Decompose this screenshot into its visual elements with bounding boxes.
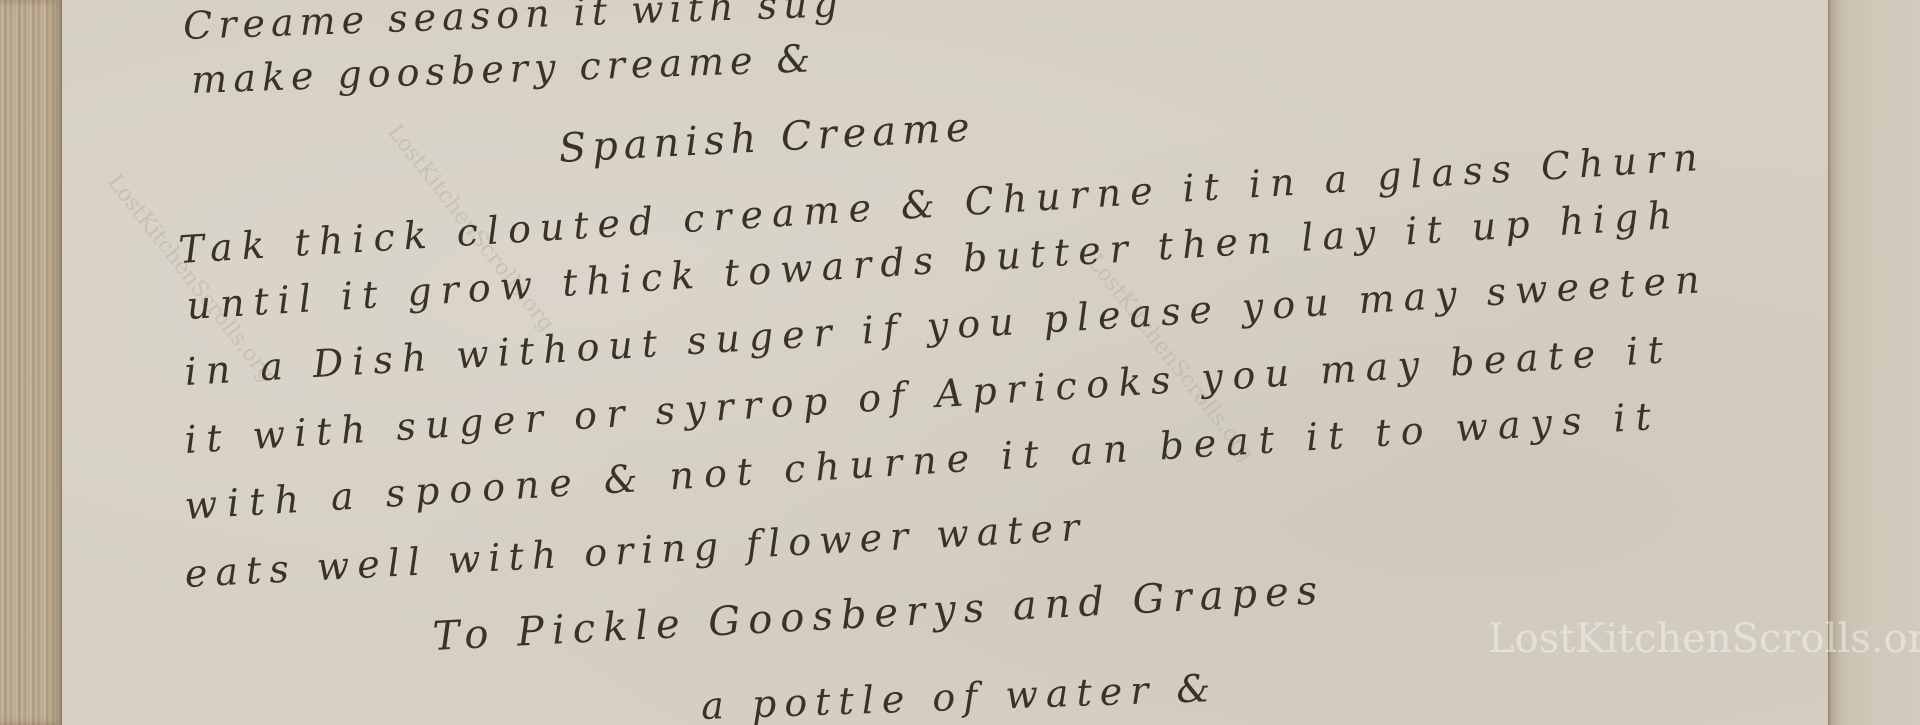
recipe-title: Spanish Creame xyxy=(558,104,977,172)
book-page-edges xyxy=(0,0,62,725)
recipe-title: To Pickle Goosberys and Grapes xyxy=(432,567,1327,660)
site-watermark: LostKitchenScrolls.org xyxy=(1488,616,1920,662)
manuscript-line-partial: a pottle of water & xyxy=(700,666,1218,725)
manuscript-line: make goosbery creame & xyxy=(190,36,817,102)
